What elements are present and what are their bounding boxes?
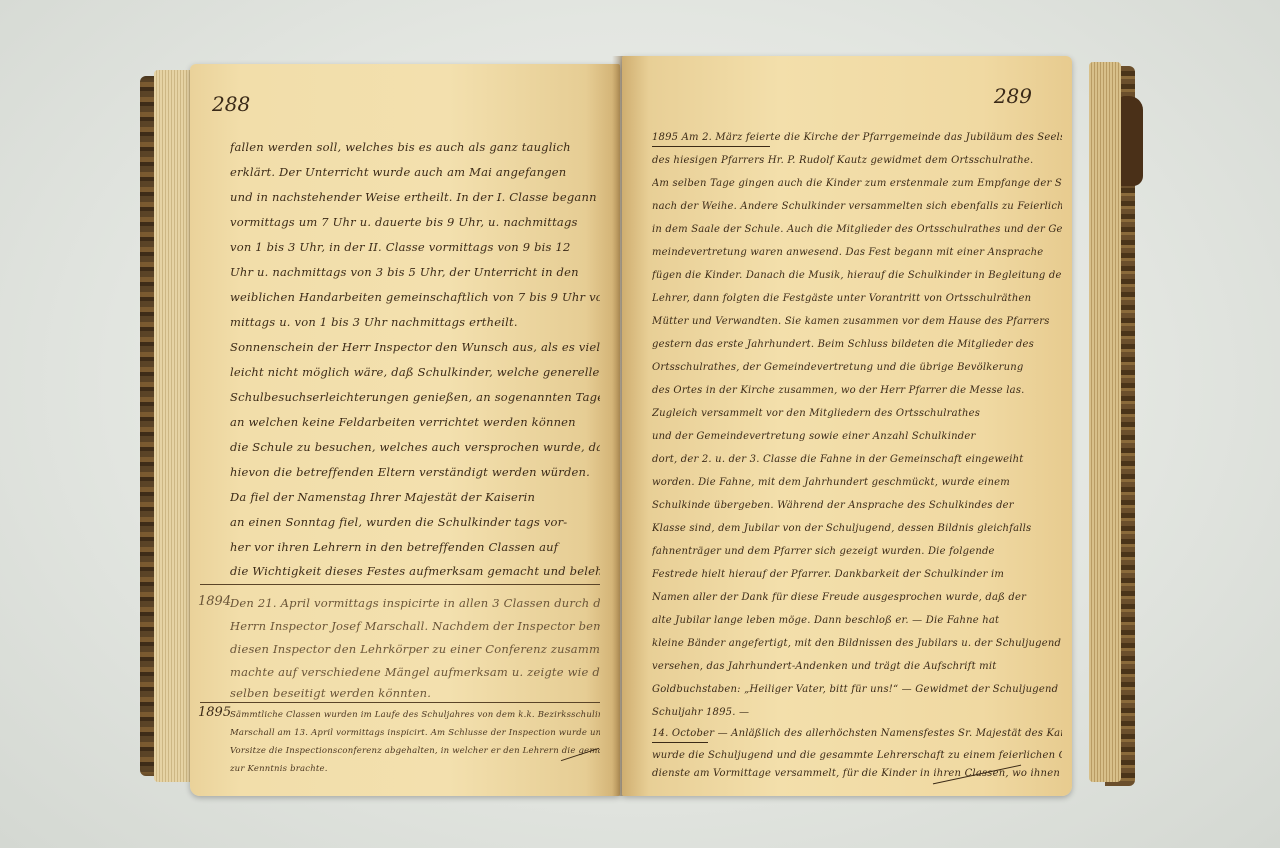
handwritten-line-small: Vorsitze die Inspectionsconferenz abgeha… (230, 746, 600, 756)
handwritten-line-faint: Herrn Inspector Josef Marschall. Nachdem… (230, 619, 600, 633)
handwritten-line: fallen werden soll, welches bis es auch … (230, 140, 600, 154)
handwritten-line: des Ortes in der Kirche zusammen, wo der… (652, 385, 1062, 396)
entry-divider-line (200, 584, 600, 585)
handwritten-line: vormittags um 7 Uhr u. dauerte bis 9 Uhr… (230, 215, 600, 229)
handwritten-line: Goldbuchstaben: „Heiliger Vater, bitt fü… (652, 684, 1062, 695)
handwritten-line: fahnenträger und dem Pfarrer sich gezeig… (652, 546, 1062, 557)
handwritten-line: die Schule zu besuchen, welches auch ver… (230, 440, 600, 454)
handwritten-line: des hiesigen Pfarrers Hr. P. Rudolf Kaut… (652, 155, 1062, 166)
handwritten-line: 14. October — Anläßlich des allerhöchste… (652, 728, 1062, 739)
handwritten-line: her vor ihren Lehrern in den betreffende… (230, 540, 600, 554)
handwritten-line-faint: machte auf verschiedene Mängel aufmerksa… (230, 665, 600, 679)
handwritten-line: 1895 Am 2. März feierte die Kirche der P… (652, 132, 1062, 143)
handwritten-line: versehen, das Jahrhundert-Andenken und t… (652, 661, 1062, 672)
right-page-stack (1089, 62, 1121, 782)
handwritten-line: Klasse sind, dem Jubilar von der Schulju… (652, 523, 1062, 534)
handwritten-line-small: zur Kenntnis brachte. (230, 764, 600, 774)
handwritten-line: Ortsschulrathes, der Gemeindevertretung … (652, 362, 1062, 373)
margin-year-1895: 1895 (198, 705, 231, 720)
right-page: 289 1895 Am 2. März feierte die Kirche d… (622, 56, 1072, 796)
handwritten-line-small: Sämmtliche Classen wurden im Laufe des S… (230, 710, 600, 720)
handwritten-line: Mütter und Verwandten. Sie kamen zusamme… (652, 316, 1062, 327)
handwritten-line: nach der Weihe. Andere Schulkinder versa… (652, 201, 1062, 212)
handwritten-line: Schulkinde übergeben. Während der Anspra… (652, 500, 1062, 511)
handwritten-line: erklärt. Der Unterricht wurde auch am Ma… (230, 165, 600, 179)
handwritten-line-small: Marschall am 13. April vormittags inspic… (230, 728, 600, 738)
handwritten-line: von 1 bis 3 Uhr, in der II. Classe vormi… (230, 240, 600, 254)
handwritten-line: Zugleich versammelt vor den Mitgliedern … (652, 408, 1062, 419)
date-heading-underline (652, 146, 770, 147)
handwritten-line: Da fiel der Namenstag Ihrer Majestät der… (230, 490, 600, 504)
handwritten-line-faint: selben beseitigt werden könnten. (230, 686, 600, 700)
handwritten-line: Festrede hielt hierauf der Pfarrer. Dank… (652, 569, 1062, 580)
handwritten-line: Sonnenschein der Herr Inspector den Wuns… (230, 340, 600, 354)
left-page-stack (154, 70, 194, 782)
handwritten-line: gestern das erste Jahrhundert. Beim Schl… (652, 339, 1062, 350)
handwritten-line: leicht nicht möglich wäre, daß Schulkind… (230, 365, 600, 379)
handwritten-line: worden. Die Fahne, mit dem Jahrhundert g… (652, 477, 1062, 488)
handwritten-line: Schulbesuchserleichterungen genießen, an… (230, 390, 600, 404)
left-page: 288 fallen werden soll, welches bis es a… (190, 64, 620, 796)
handwritten-line: Am selben Tage gingen auch die Kinder zu… (652, 178, 1062, 189)
handwritten-line: hievon die betreffenden Eltern verständi… (230, 465, 600, 479)
handwritten-line: fügen die Kinder. Danach die Musik, hier… (652, 270, 1062, 281)
handwritten-line: mittags u. von 1 bis 3 Uhr nachmittags e… (230, 315, 600, 329)
date-heading-underline (652, 742, 708, 743)
handwritten-line: und der Gemeindevertretung sowie einer A… (652, 431, 1062, 442)
handwritten-line: Lehrer, dann folgten die Festgäste unter… (652, 293, 1062, 304)
handwritten-line: und in nachstehender Weise ertheilt. In … (230, 190, 600, 204)
open-ledger-book: 288 fallen werden soll, welches bis es a… (140, 56, 1135, 796)
handwritten-line: alte Jubilar lange leben möge. Dann besc… (652, 615, 1062, 626)
handwritten-line: die Wichtigkeit dieses Festes aufmerksam… (230, 564, 600, 578)
handwritten-line: Namen aller der Dank für diese Freude au… (652, 592, 1062, 603)
handwritten-line: weiblichen Handarbeiten gemeinschaftlich… (230, 290, 600, 304)
handwritten-line: kleine Bänder angefertigt, mit den Bildn… (652, 638, 1062, 649)
handwritten-line: an welchen keine Feldarbeiten verrichtet… (230, 415, 600, 429)
handwritten-line-faint: diesen Inspector den Lehrkörper zu einer… (230, 642, 600, 656)
page-number-right: 289 (994, 84, 1032, 108)
handwritten-line-faint: Den 21. April vormittags inspicirte in a… (230, 596, 600, 610)
margin-year-1894: 1894 (198, 594, 231, 609)
handwritten-line: an einen Sonntag fiel, wurden die Schulk… (230, 515, 600, 529)
handwritten-line: dort, der 2. u. der 3. Classe die Fahne … (652, 454, 1062, 465)
handwritten-line: Uhr u. nachmittags von 3 bis 5 Uhr, der … (230, 265, 600, 279)
handwritten-line: in dem Saale der Schule. Auch die Mitgli… (652, 224, 1062, 235)
page-number-left: 288 (212, 92, 250, 116)
handwritten-line: Schuljahr 1895. — (652, 707, 1062, 718)
entry-divider-line (200, 702, 600, 703)
handwritten-line: wurde die Schuljugend und die gesammte L… (652, 750, 1062, 761)
handwritten-line: meindevertretung waren anwesend. Das Fes… (652, 247, 1062, 258)
